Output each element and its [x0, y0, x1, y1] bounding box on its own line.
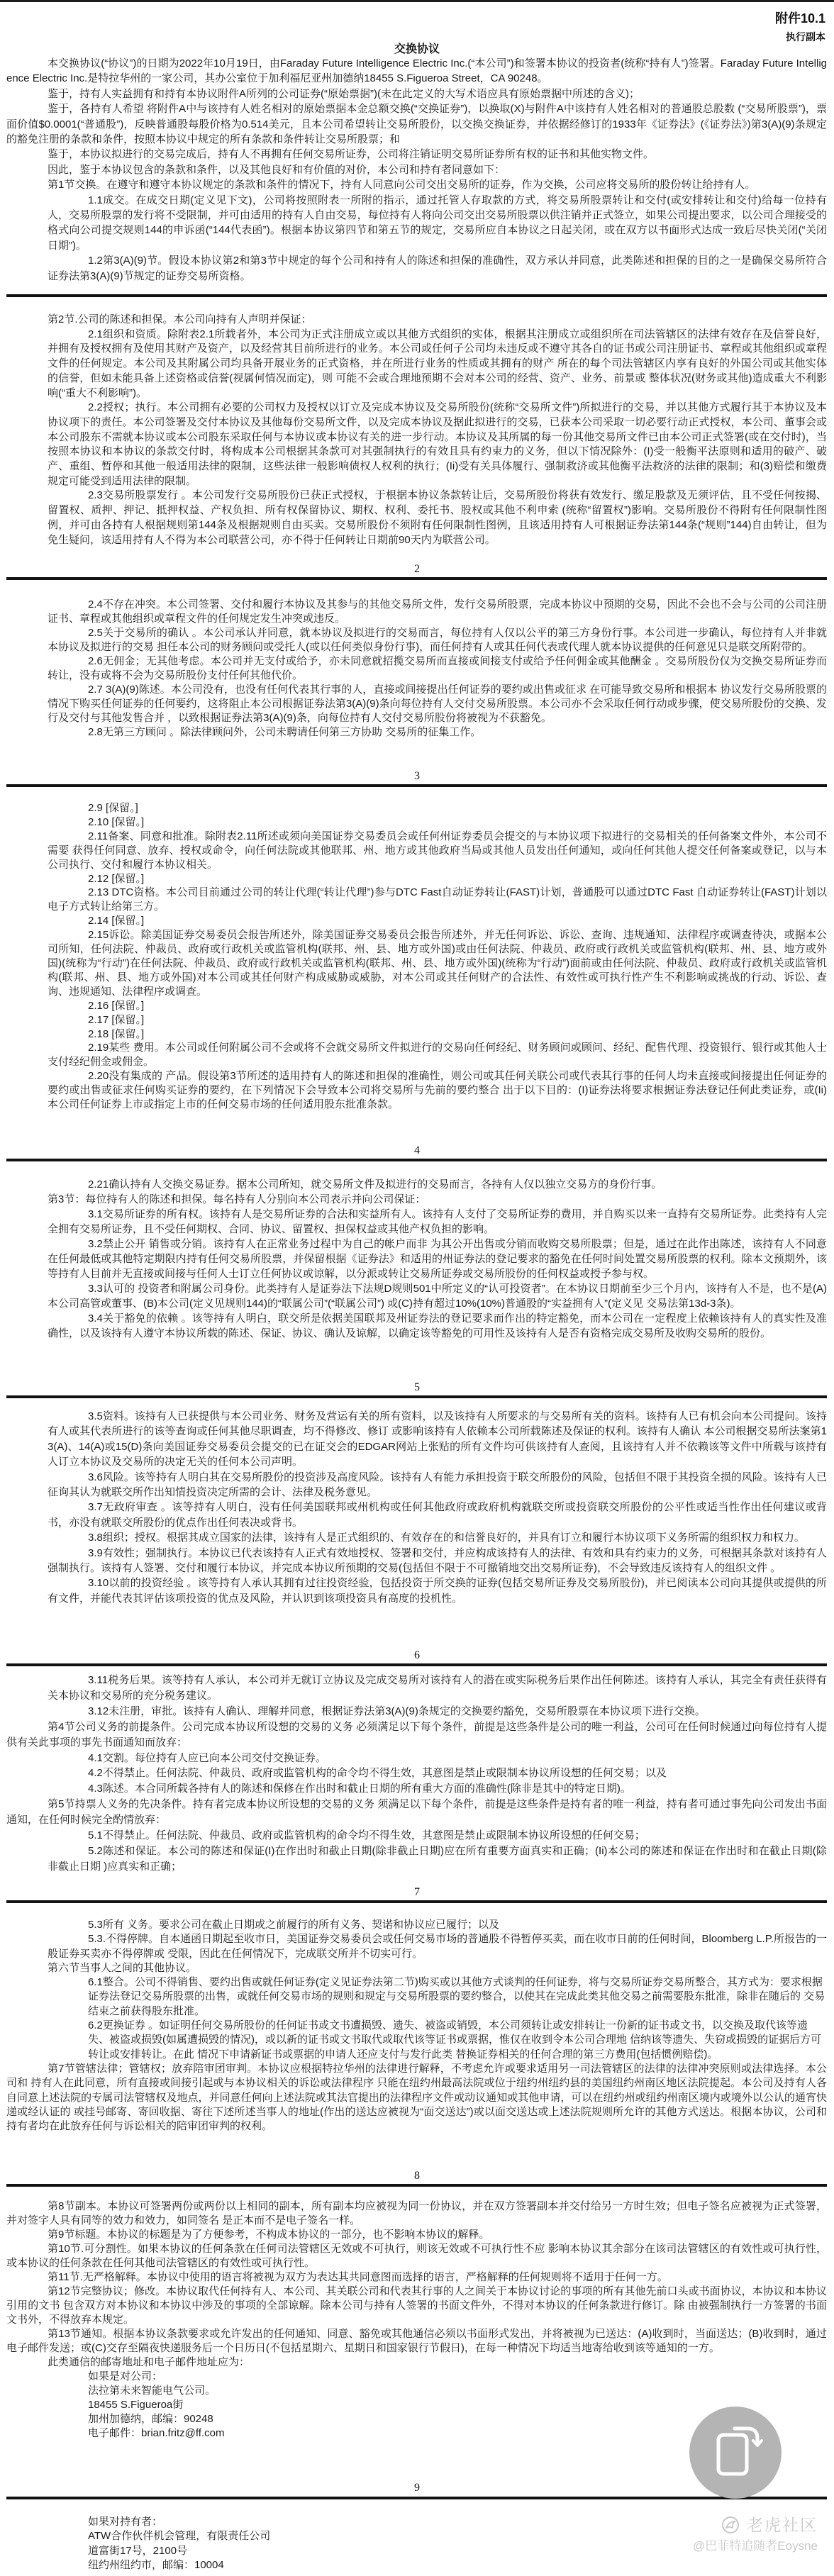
page-separator: [6, 1900, 827, 1903]
page-separator: [6, 784, 827, 787]
clause-1-2: 1.2第3(A)(9)节。假设本协议第2和第3节中规定的每个公司和持有人的陈述和…: [48, 253, 827, 284]
page-number: 7: [0, 1885, 834, 1900]
page-3: 2.4不存在冲突。本公司签署、交付和履行本协议及其参与的其他交易所文件，发行交易…: [0, 598, 834, 740]
clause-6-2: 6.2更换证券 。如证明任何交易所股份的任何证书或文书遭损毁、遗失、被盗或销毁，…: [88, 2019, 827, 2062]
clause-3-1: 3.1交易所证券的所有权。该持有人是交易所证券的合法和实益所有人。该持有人支付了…: [48, 1207, 827, 1237]
section-9-headings: 第9节标题。本协议的标题是为了方便参考，不构成本协议的一部分，也不影响本协议的解…: [6, 2228, 827, 2242]
page-separator: [6, 577, 827, 580]
company-address-label: 如果是对公司：: [88, 2370, 827, 2384]
recital-3: 鉴于，本协议拟进行的交易完成后，持有人不再拥有任何交易所证券，公司将注销证明交易…: [6, 147, 827, 162]
page-number: 4: [0, 1144, 834, 1158]
section-5-heading: 第5节持票人义务的先决条件。持有者完成本协议所设想的交易的义务 须满足以下每个条…: [6, 1797, 827, 1828]
clause-3-11: 3.11税务后果。该等持有人承认，本公司并无就订立协议及完成交易所对该持有人的潜…: [48, 1673, 827, 1704]
section-13-notices: 第13节通知。根据本协议条款要求或允许发出的任何通知、同意、豁免或其他通信必须以…: [6, 2327, 827, 2355]
watermark-brand-text: 老虎社区: [747, 2514, 818, 2536]
clause-5-2: 5.2陈述和保证。本公司的陈述和保证(I)在作出时和截止日期(除非截止日期)应在…: [48, 1844, 827, 1875]
page-5: 2.21确认持有人交换交易证券。据本公司所知，就交易所文件及拟进行的交易而言，各…: [0, 1177, 834, 1341]
page-6: 3.5资料。该持有人已获提供与本公司业务、财务及营运有关的所有资料，以及该持有人…: [0, 1409, 834, 1606]
clause-2-6: 2.6无佣金；无其他考虑。本公司并无支付或给予，亦未同意就招揽交易所而直接或间接…: [48, 654, 827, 683]
section-3-heading: 第3节：每位持有人的陈述和担保。每名持有人分别向本公司表示并向公司保证：: [48, 1192, 827, 1207]
page-separator: [6, 1395, 827, 1398]
section-10-severability: 第10节.可分割性。如果本协议的任何条款在任何司法管辖区无效或不可执行，则该无效…: [6, 2242, 827, 2270]
clause-2-5: 2.5关于交易所的确认 。本公司承认并同意，就本协议及拟进行的交易而言，每位持有…: [48, 626, 827, 654]
clause-3-12: 3.12未注册，审批。该持有人确认、理解并同意，根据证券法第3(A)(9)条规定…: [48, 1704, 827, 1719]
section-8-counterparts: 第8节副本。本协议可签署两份或两份以上相同的副本，所有副本均应被视为同一份协议，…: [6, 2199, 827, 2228]
clause-2-14: 2.14 [保留。]: [48, 914, 827, 928]
notice-addresses-intro: 此类通信的邮寄地址和电子邮件地址应为：: [48, 2355, 827, 2370]
clause-3-6: 3.6风险。该等持有人明白其在交易所股份的投资涉及高度风险。该持有人有能力承担投…: [48, 1470, 827, 1500]
clause-5-3: 5.3所有 义务。要求公司在截止日期或之前履行的所有义务、契诺和协议应已履行；以…: [48, 1918, 827, 1932]
page-separator: [6, 294, 827, 297]
clause-3-2: 3.2禁止公开 销售或分销。该持有人在正常业务过程中为自己的帐户而非 为其公开出…: [48, 1237, 827, 1281]
section-7-governing-law: 第7节管辖法律；管辖权；放弃陪审团审判。本协议应根据特拉华州的法律进行解释，不考…: [6, 2062, 827, 2134]
top-edge-bar: [0, 0, 834, 2]
page-7: 3.11税务后果。该等持有人承认，本公司并无就订立协议及完成交易所对该持有人的潜…: [0, 1673, 834, 1875]
page-number: 2: [0, 562, 834, 576]
page-8: 5.3所有 义务。要求公司在截止日期或之前履行的所有义务、契诺和协议应已履行；以…: [0, 1918, 834, 2134]
agreement-statement: 因此，鉴于本协议包含的条款和条件，以及其他良好和有价值的对价，本公司和持有者同意…: [6, 162, 827, 177]
page-number: 5: [0, 1381, 834, 1395]
agreement-preamble: 本交换协议(“协议”)的日期为2022年10月19日，由Faraday Futu…: [6, 56, 827, 87]
clause-2-16: 2.16 [保留。]: [48, 999, 827, 1013]
clause-4-2: 4.2不得禁止。任何法院、仲裁员、政府或监管机构的命令均不得生效，其意图是禁止或…: [48, 1766, 827, 1781]
watermark-brand: 老虎社区: [693, 2514, 818, 2536]
clause-4-3: 4.3陈述。本合同所载各持有人的陈述和保修在作出时和截止日期的所有重大方面的准确…: [48, 1781, 827, 1797]
clause-2-7: 2.7 3(A)(9)陈述。本公司没有，也没有任何代表其行事的人，直接或间接提出…: [48, 683, 827, 725]
clause-2-9: 2.9 [保留。]: [48, 801, 827, 815]
clause-3-8: 3.8组织；授权。根据其成立国家的法律，该持有人是正式组织的、有效存在的和信誉良…: [48, 1530, 827, 1545]
execution-copy-label: 执行副本: [786, 30, 825, 43]
exhibit-label: 附件10.1: [775, 11, 825, 26]
section-2-heading: 第2节.公司的陈述和担保。本公司向持有人声明并保证：: [48, 313, 827, 328]
rotate-phone-icon: [689, 2407, 782, 2499]
clause-3-5: 3.5资料。该持有人已获提供与本公司业务、财务及营运有关的所有资料，以及该持有人…: [48, 1409, 827, 1470]
holder-city-zip: 纽约州纽约市，邮编：10004: [88, 2558, 827, 2572]
recital-1: 鉴于，持有人实益拥有和持有本协议附件A所列的公司证券(“原始票据”)(未在此定义…: [6, 87, 827, 101]
section-4-heading: 第4节公司义务的前提条件。公司完成本协议所设想的交易的义务 必须满足以下每个条件…: [6, 1719, 827, 1751]
recital-2: 鉴于，各持有人希望 将附件A中与该持有人姓名相对的原始票据本金总额交换(“交换证…: [6, 101, 827, 147]
clause-2-11: 2.11备案、同意和批准。除附表2.11所述或须向美国证券交易委员会或任何州证券…: [48, 830, 827, 872]
page-9: 第8节副本。本协议可签署两份或两份以上相同的副本，所有副本均应被视为同一份协议，…: [0, 2199, 834, 2441]
page-separator: [6, 1663, 827, 1666]
clause-3-4: 3.4关于豁免的依赖 。该等持有人明白，联交所是依据美国联邦及州证券法的登记要求…: [48, 1311, 827, 1341]
clause-4-1: 4.1交割。每位持有人应已向本公司交付交换证券。: [48, 1751, 827, 1766]
page-separator: [6, 1159, 827, 1161]
tiger-logo-icon: [721, 2516, 740, 2534]
rotate-screen-button[interactable]: [689, 2407, 782, 2499]
clause-2-17: 2.17 [保留。]: [48, 1013, 827, 1027]
page-number: 6: [0, 1649, 834, 1663]
clause-3-9: 3.9有效性；强制执行。本协议已代表该持有人正式有效地授权、签署和交付，并应构成…: [48, 1546, 827, 1576]
clause-3-10: 3.10以前的投资经验 。该等持有人承认其拥有过往投资经验，包括投资于所交换的证…: [48, 1576, 827, 1606]
clause-6-1: 6.1整合。公司不得销售、要约出售或就任何证券(定义见证券法第二节)购买或以其他…: [88, 1975, 827, 2019]
section-12-entire-agreement: 第12节完整协议；修改。本协议取代任何持有人、本公司、其关联公司和代表其行事的人…: [6, 2285, 827, 2327]
company-name: 法拉第未来智能电气公司。: [88, 2384, 827, 2398]
page-separator: [6, 2184, 827, 2187]
page-2: 第2节.公司的陈述和担保。本公司向持有人声明并保证： 2.1组织和资质。除附表2…: [0, 313, 834, 547]
clause-2-12: 2.12 [保留。]: [48, 872, 827, 886]
clause-2-19: 2.19某些 费用。本公司或任何附属公司不会或将不会就交易所文件拟进行的交易向任…: [48, 1041, 827, 1069]
document-title: 交换协议: [0, 43, 834, 57]
watermark: 老虎社区 @巴菲特追随者Eoysne: [693, 2514, 818, 2554]
clause-2-4: 2.4不存在冲突。本公司签署、交付和履行本协议及其参与的其他交易所文件，发行交易…: [48, 598, 827, 626]
section-11-no-strict-construction: 第11节.无严格解释。本协议中使用的语言将被视为双方为表达其共同意图而选择的语言…: [6, 2270, 827, 2285]
clause-3-7: 3.7无政府审查 。该等持有人明白，没有任何美国联邦或州机构或任何其他政府或政府…: [48, 1500, 827, 1530]
clause-2-18: 2.18 [保留。]: [48, 1027, 827, 1042]
watermark-handle: @巴菲特追随者Eoysne: [693, 2538, 818, 2554]
clause-2-10: 2.10 [保留。]: [48, 815, 827, 830]
clause-2-3: 2.3交易所股票发行 。本公司发行交易所股份已获正式授权，于根据本协议条款转让后…: [48, 489, 827, 547]
page-number: 8: [0, 2169, 834, 2183]
clause-2-2: 2.2授权；执行。本公司拥有必要的公司权力及授权以订立及完成本协议及交易所股份(…: [48, 401, 827, 489]
page-number: 3: [0, 769, 834, 784]
clause-2-1: 2.1组织和资质。除附表2.1所载者外，本公司为正式注册成立或以其他方式组织的实…: [48, 328, 827, 401]
page-4: 2.9 [保留。] 2.10 [保留。] 2.11备案、同意和批准。除附表2.1…: [0, 801, 834, 1112]
section-1-heading: 第1节交换。在遵守和遵守本协议规定的条款和条件的情况下，持有人同意向公司交出交易…: [6, 177, 827, 192]
clause-1-1: 1.1成交。在成交日期(定义见下文)，公司将按照附表一所附的指示，通过托管人存取…: [48, 193, 827, 254]
clause-2-21: 2.21确认持有人交换交易证券。据本公司所知，就交易所文件及拟进行的交易而言，各…: [48, 1177, 827, 1192]
page-1: 本交换协议(“协议”)的日期为2022年10月19日，由Faraday Futu…: [0, 56, 834, 284]
clause-2-8: 2.8无第三方顾问 。除法律顾问外，公司未聘请任何第三方协助 交易所的征集工作。: [48, 725, 827, 740]
clause-2-15: 2.15诉讼。除美国证券交易委员会报告所述外，除美国证券交易委员会报告所述外，并…: [48, 928, 827, 999]
section-6-heading: 第六节当事人之间的其他协议。: [48, 1961, 827, 1975]
clause-5-3-suspension: 5.3.不得停牌。自本通函日期起至收市日，美国证券交易委员会或任何交易市场的普通…: [48, 1932, 827, 1961]
clause-5-1: 5.1不得禁止。任何法院、仲裁员、政府或监管机构的命令均不得生效，其意图是禁止或…: [48, 1828, 827, 1844]
clause-2-20: 2.20没有集成的 产品。假设第3节所述的适用持有人的陈述和担保的准确性，则公司…: [48, 1069, 827, 1112]
clause-2-13: 2.13 DTC资格。本公司目前通过公司的转让代理(“转让代理”)参与DTC F…: [48, 886, 827, 914]
clause-3-3: 3.3认可的 投资者和附属公司身份。此类持有人是证券法下法规D规则501中所定义…: [48, 1281, 827, 1311]
